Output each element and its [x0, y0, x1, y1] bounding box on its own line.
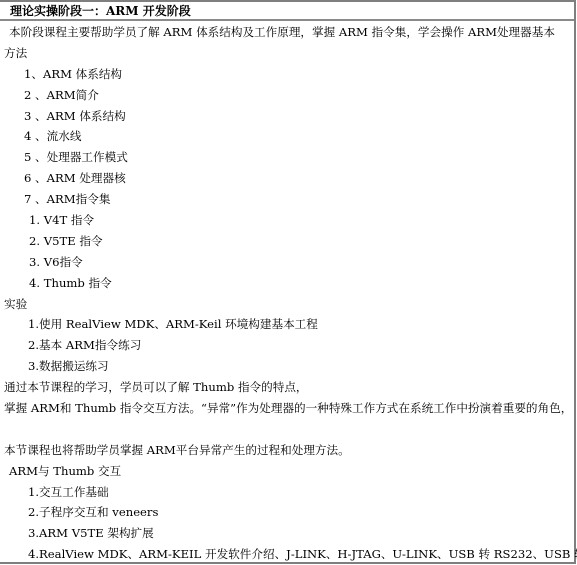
intro-text: 本阶段课程主要帮助学员了解 ARM 体系结构及工作原理，掌握 ARM 指令集，学… [0, 22, 574, 43]
course-outline-table: 理论实操阶段一：ARM 开发阶段 本阶段课程主要帮助学员了解 ARM 体系结构及… [0, 0, 576, 564]
instruction-set-item: 2. V5TE 指令 [0, 231, 574, 252]
instruction-set-item: 3. V6指令 [0, 252, 574, 273]
topic-item: 1、ARM 体系结构 [0, 64, 574, 85]
section-title: 理论实操阶段一：ARM 开发阶段 [0, 2, 574, 21]
topic-item: 5 、处理器工作模式 [0, 147, 574, 168]
topic-item: 6 、ARM 处理器核 [0, 168, 574, 189]
experiment-item: 3.数据搬运练习 [0, 356, 574, 377]
blank-line [0, 419, 574, 440]
interworking-item: 1.交互工作基础 [0, 482, 574, 503]
intro-text-continued: 方法 [0, 43, 574, 64]
interworking-item: 4.RealView MDK、ARM-KEIL 开发软件介绍、J-LINK、H-… [0, 544, 574, 565]
experiment-item: 2.基本 ARM指令练习 [0, 335, 574, 356]
summary-text: 通过本节课程的学习，学员可以了解 Thumb 指令的特点， [0, 377, 574, 398]
experiments-heading: 实验 [0, 294, 574, 315]
interworking-item: 3.ARM V5TE 架构扩展 [0, 523, 574, 544]
topic-item: 4 、流水线 [0, 126, 574, 147]
topic-item: 2 、ARM简介 [0, 85, 574, 106]
experiment-item: 1.使用 RealView MDK、ARM-Keil 环境构建基本工程 [0, 314, 574, 335]
topic-item: 7 、ARM指令集 [0, 189, 574, 210]
interworking-heading: ARM与 Thumb 交互 [0, 461, 574, 482]
instruction-set-item: 4. Thumb 指令 [0, 273, 574, 294]
summary-text: 本节课程也将帮助学员掌握 ARM平台异常产生的过程和处理方法。 [0, 440, 574, 461]
course-content-cell: 本阶段课程主要帮助学员了解 ARM 体系结构及工作原理，掌握 ARM 指令集，学… [0, 21, 574, 565]
instruction-set-item: 1. V4T 指令 [0, 210, 574, 231]
topic-item: 3 、ARM 体系结构 [0, 106, 574, 127]
summary-text: 掌握 ARM和 Thumb 指令交互方法。“异常”作为处理器的一种特殊工作方式在… [0, 398, 574, 419]
interworking-item: 2.子程序交互和 veneers [0, 502, 574, 523]
